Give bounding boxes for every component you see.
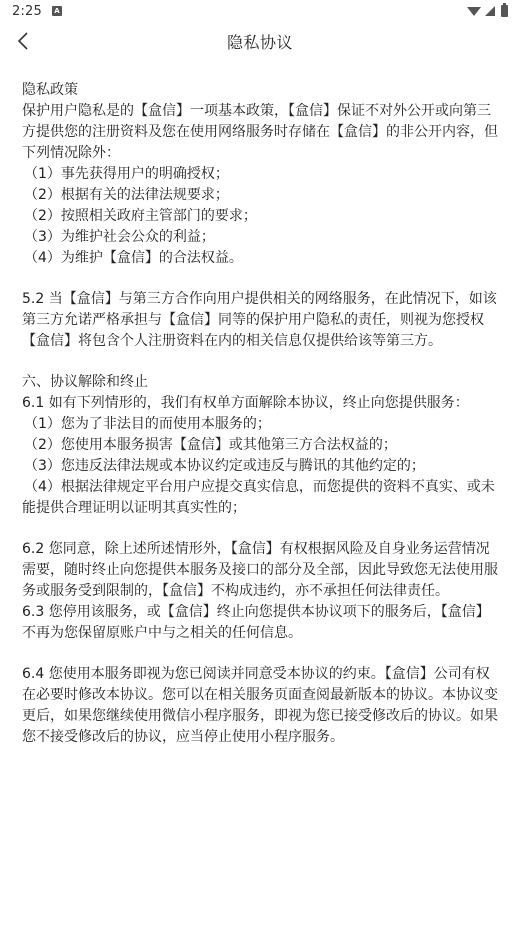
spacer [22,269,498,289]
section-6-2-line: 需要，随时终止向您提供本服务及接口的部分及全部，因此导致您无法使用服 [22,560,498,581]
privacy-list-item: （3）为维护社会公众的利益； [22,227,498,248]
section-6-1-item-continued: 能提供合理证明以证明其真实性的； [22,498,498,519]
section-6-1-item: （4）根据法律规定平台用户应提交真实信息，而您提供的资料不真实、或未 [22,477,498,498]
privacy-list-item: （2）按照相关政府主管部门的要求； [22,206,498,227]
privacy-list-item: （2）根据有关的法律法规要求； [22,185,498,206]
privacy-paragraph-line: 方提供您的注册资料及您在使用网络服务时存储在【盒信】的非公开内容，但 [22,122,498,143]
section-6-3-line: 不再为您保留原账户中与之相关的任何信息。 [22,623,498,644]
page-title: 隐私协议 [227,30,293,53]
spacer [22,519,498,539]
section-6-4-line: 在必要时修改本协议。您可以在相关服务页面查阅最新版本的协议。本协议变 [22,685,498,706]
spacer [22,644,498,664]
section-6-2-line: 务或服务受到限制的，【盒信】不构成违约，亦不承担任何法律责任。 [22,581,498,602]
privacy-heading: 隐私政策 [22,80,498,101]
section-6-1-intro: 6.1 如有下列情形的，我们有权单方面解除本协议，终止向您提供服务： [22,393,498,414]
status-icons [467,5,508,17]
nav-bar: 隐私协议 [0,22,520,60]
chevron-left-icon [16,31,30,51]
notification-icon: A [52,6,62,16]
battery-icon [501,5,508,17]
privacy-list-item: （4）为维护【盒信】的合法权益。 [22,248,498,269]
status-bar: 2:25 A [0,0,520,22]
back-button[interactable] [8,26,38,56]
section-6-4-line: 您不接受修改后的协议，应当停止使用小程序服务。 [22,727,498,748]
section-6-heading: 六、协议解除和终止 [22,372,498,393]
status-time: 2:25 [12,4,42,19]
signal-icon [485,6,495,16]
agreement-content: 隐私政策 保护用户隐私是的【盒信】一项基本政策，【盒信】保证不对外公开或向第三 … [22,80,498,748]
section-6-4-line: 更后，如果您继续使用微信小程序服务，即视为您已接受修改后的协议。如果 [22,706,498,727]
section-6-3-line: 6.3 您停用该服务，或【盒信】终止向您提供本协议项下的服务后，【盒信】 [22,602,498,623]
wifi-icon [467,7,481,16]
section-5-2-line: 第三方允诺严格承担与【盒信】同等的保护用户隐私的责任，则视为您授权 [22,310,498,331]
privacy-list-item: （1）事先获得用户的明确授权； [22,164,498,185]
spacer [22,352,498,372]
section-6-2-line: 6.2 您同意，除上述所述情形外，【盒信】有权根据风险及自身业务运营情况 [22,539,498,560]
section-6-4-line: 6.4 您使用本服务即视为您已阅读并同意受本协议的约束。【盒信】公司有权 [22,664,498,685]
section-6-1-item: （3）您违反法律法规或本协议约定或违反与腾讯的其他约定的； [22,456,498,477]
privacy-paragraph-line: 保护用户隐私是的【盒信】一项基本政策，【盒信】保证不对外公开或向第三 [22,101,498,122]
section-5-2-line: 【盒信】将包含个人注册资料在内的相关信息仅提供给该等第三方。 [22,331,498,352]
section-5-2-line: 5.2 当【盒信】与第三方合作向用户提供相关的网络服务，在此情况下，如该 [22,289,498,310]
section-6-1-item: （1）您为了非法目的而使用本服务的； [22,414,498,435]
privacy-paragraph-line: 下列情况除外： [22,143,498,164]
section-6-1-item: （2）您使用本服务损害【盒信】或其他第三方合法权益的； [22,435,498,456]
